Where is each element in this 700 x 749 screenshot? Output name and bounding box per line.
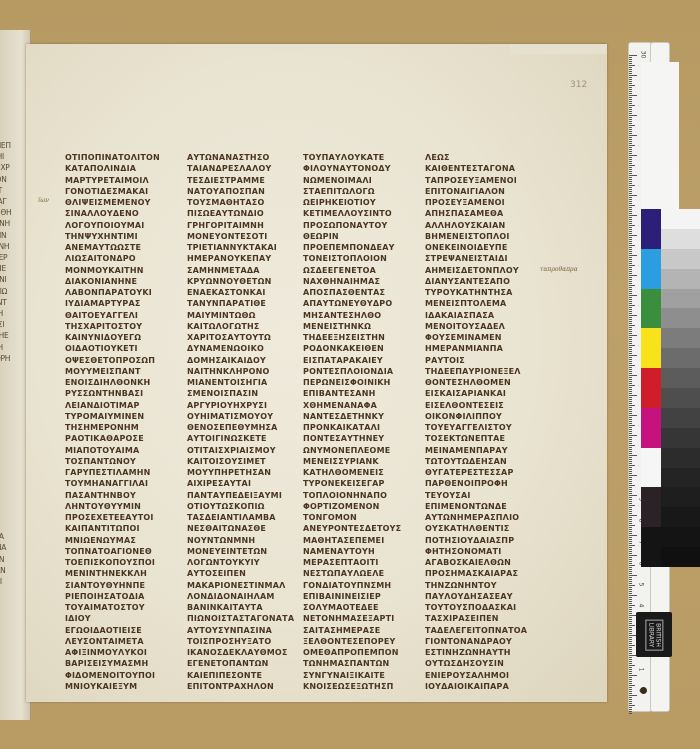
ruler-tick — [629, 433, 632, 434]
text-line: ΝΕΣΤΩΠΑΥΛΩΕΛΕ — [303, 568, 401, 579]
ruler-tick — [629, 219, 632, 220]
text-line: ΜΝΙΟΥΚΑΙΕΞΥΜ — [65, 681, 160, 692]
text-line: ΕΝΙΕΡΟΥΣΑΛΗΜΟΙ — [425, 670, 527, 681]
ruler-tick — [629, 529, 632, 530]
ruler-tick — [629, 355, 637, 356]
text-line: ΙΤΗΑΓ — [0, 196, 16, 207]
text-line: ΝΑΤΟΥΑΠΟΣΠΑΝ — [187, 186, 294, 197]
ruler-tick — [629, 509, 632, 510]
text-line: ΗΜΕΡΑΝΜΙΑΝΠΑ — [425, 343, 527, 354]
ruler-tick — [629, 393, 632, 394]
text-line: ΡΟΔΟΝΚΑΚΕΙΘΕΝ — [303, 343, 401, 354]
text-line: ΝΑΝΤΕΣΔΕΤΗΝΚΥ — [303, 411, 401, 422]
label-line-1: BRITISH — [654, 623, 661, 647]
ruler-tick — [629, 211, 632, 212]
ruler-tick — [629, 71, 632, 72]
text-line: ΑΠΑΥΤΩΝΕΥΘΥΔΡΟ — [303, 298, 401, 309]
ruler-tick — [629, 369, 632, 370]
ruler-tick — [629, 229, 632, 230]
ruler-tick — [629, 215, 637, 216]
gray-step — [661, 269, 700, 289]
text-line: ΣΥΩΝ — [0, 565, 16, 576]
ruler-tick — [629, 377, 632, 378]
ruler-tick — [629, 621, 632, 622]
ruler-tick — [629, 395, 637, 396]
ruler-tick — [629, 265, 635, 266]
ruler-tick — [629, 523, 632, 524]
ruler-tick — [629, 363, 632, 364]
ruler-tick — [629, 141, 632, 142]
ruler-tick — [629, 407, 632, 408]
text-line: ΡΑΟΤΙΚΑΘΑΡΟΣΕ — [65, 433, 160, 444]
ruler-tick — [629, 367, 632, 368]
ruler-tick — [629, 597, 632, 598]
ruler-tick — [629, 81, 632, 82]
ruler-tick — [629, 249, 632, 250]
text-line: ΟΨΕΣΘΕΤΟΠΡΟΣΩΠ — [65, 355, 160, 366]
ruler-tick — [629, 485, 635, 486]
text-line: ΒΑΝΙΝΚΑΙΤΑΥΤΑ — [187, 602, 294, 613]
text-line: ΤΑΙΑΝΔΡΕΣΛΑΛΟΥ — [187, 163, 294, 174]
text-line: ΕΙΣΚΑΙΣΑΡΙΑΝΚΑΙ — [425, 388, 527, 399]
ruler-tick — [629, 57, 632, 58]
ruler-tick — [629, 285, 635, 286]
ruler-tick — [629, 633, 632, 634]
text-line: ΠΟΝΤΕΣΑΥΤΗΝΕΥ — [303, 433, 401, 444]
ruler-tick — [629, 703, 632, 704]
ruler-tick — [629, 261, 632, 262]
text-line: ΟΥΣΚΑΤΗΛΘΕΝΤΙΣ — [425, 523, 527, 534]
ruler-tick — [629, 643, 632, 644]
text-line: ΤΟΥΜΗΑΝΑΓΓΙΛΑΙ — [65, 478, 160, 489]
ruler-tick — [629, 477, 632, 478]
ruler-tick — [629, 423, 632, 424]
ruler-tick — [629, 69, 632, 70]
ruler-tick — [629, 135, 637, 136]
ruler-tick — [629, 437, 632, 438]
text-line: ΟΜΕΘΑΠΡΟΠΕΜΠΟΝ — [303, 647, 401, 658]
ruler-tick — [629, 91, 632, 92]
text-line: ΣΤΕΝΗ — [0, 218, 16, 229]
text-line: ΚΑΙΝΥΝΙΔΟΥΕΓΩ — [65, 332, 160, 343]
ruler-tick — [629, 405, 635, 406]
text-line: ΥΛΗΧΡ — [0, 162, 16, 173]
gray-step — [661, 308, 700, 328]
ruler-tick — [629, 547, 632, 548]
ruler-tick — [629, 591, 632, 592]
ruler-number: 4 — [637, 604, 644, 608]
ruler-tick — [629, 269, 632, 270]
ruler-tick — [629, 167, 632, 168]
text-line: ΤΟΥΑΙΜΑΤΟΣΤΟΥ — [65, 602, 160, 613]
text-line: ΕΓΕΝΕΤΟΠΑΝΤΩΝ — [187, 658, 294, 669]
text-line: ΝΑΧΘΗΝΑΙΗΜΑΣ — [303, 276, 401, 287]
text-line: ΠΡΟΕΠΕΜΠΟΝΔΕΑΥ — [303, 242, 401, 253]
gray-step — [661, 487, 700, 507]
gray-step — [661, 388, 700, 408]
ruler-tick — [629, 175, 637, 176]
ruler-tick — [629, 679, 632, 680]
text-line: ΩΙΠΗΕ — [0, 330, 16, 341]
ruler-tick — [629, 233, 632, 234]
text-line: ΜΑΚΑΡΙΟΝΕΣΤΙΝΜΑΛ — [187, 580, 294, 591]
ruler-tick — [629, 201, 632, 202]
text-line: ΚΑΙΤΩΛΟΓΩΤΗΣ — [187, 321, 294, 332]
ruler-tick — [629, 571, 632, 572]
ruler-tick — [629, 637, 632, 638]
text-line: ΤΥΡΟΝΕΚΕΙΣΕΓΑΡ — [303, 478, 401, 489]
ruler-tick — [629, 217, 632, 218]
ruler-tick — [629, 685, 635, 686]
text-line: ΩΣΔΕΕΓΕΝΕΤΟΑ — [303, 265, 401, 276]
ruler-tick — [629, 293, 632, 294]
text-line: ΤΑΣΔΕΙΑΝΤΙΛΑΜΒΑ — [187, 512, 294, 523]
ruler-tick — [629, 669, 632, 670]
ruler-tick — [629, 325, 635, 326]
ruler-tick — [629, 295, 637, 296]
ruler-tick — [629, 411, 632, 412]
text-line: ΜΟΥΥΠΗΡΕΤΗΣΑΝ — [187, 467, 294, 478]
text-line: ΟΙΚΟΝΦΙΛΙΠΠΟΥ — [425, 411, 527, 422]
text-line: ΤΟΝΓΟΜΟΝ — [303, 512, 401, 523]
ruler-tick — [629, 159, 632, 160]
ruler-tick — [629, 617, 632, 618]
ruler-tick — [629, 361, 632, 362]
ruler-tick — [629, 117, 632, 118]
text-line: ΑΛΛΗΛΟΥΣΚΑΙΑΝ — [425, 220, 527, 231]
ruler-tick — [629, 623, 632, 624]
text-line: ΝΟΥΝΤΩΝΜΝΗ — [187, 535, 294, 546]
text-line: ΤΗΣΗΜΕΡΟΝΗΜ — [65, 422, 160, 433]
label-line-2: LIBRARY — [647, 622, 654, 647]
ruler-tick — [629, 429, 632, 430]
ruler-tick — [629, 419, 632, 420]
text-line: ΤΑΣΧΙΡΑΣΕΙΠΕΝ — [425, 613, 527, 624]
text-line: ΤΗΔΕΕΠΑΥΡΙΟΝΕΞΕΛ — [425, 366, 527, 377]
ruler-tick — [629, 631, 632, 632]
ruler-tick — [629, 127, 632, 128]
ruler-tick — [629, 313, 632, 314]
text-line: ΓΟΝΟΤΙΔΕΣΜΑΚΑΙ — [65, 186, 160, 197]
ruler-tick — [629, 353, 632, 354]
ruler-tick — [629, 587, 632, 588]
ruler-tick — [629, 449, 632, 450]
ruler-tick — [629, 613, 632, 614]
ruler-tick — [629, 589, 632, 590]
gray-step — [661, 428, 700, 448]
text-line: ΛΟΓΩΝΤΟΥΚΥΙΥ — [187, 557, 294, 568]
color-swatch — [641, 448, 661, 488]
ruler-tick — [629, 263, 632, 264]
text-column-4: ΛΕΩΣΚΑΙΘΕΝΤΕΣΤΑΓΟΝΑΤΑΠΡΟΣΕΥΞΑΜΕΝΟΙΕΠΙΤΟΝ… — [425, 152, 527, 692]
gray-step — [661, 289, 700, 309]
text-line: ΦΗΤΗΣΟΝΟΜΑΤΙ — [425, 546, 527, 557]
ruler-tick — [629, 475, 637, 476]
ruler-tick — [629, 659, 632, 660]
text-line: ΤΗΔΕΕΞΗΣΕΙΣΤΗΝ — [303, 332, 401, 343]
page-edge — [510, 44, 607, 54]
ruler-tick — [629, 101, 632, 102]
ruler-tick — [629, 443, 632, 444]
ruler-tick — [629, 465, 635, 466]
ruler-tick — [629, 197, 632, 198]
ruler-tick — [629, 139, 632, 140]
ruler-tick — [629, 545, 635, 546]
text-line: ΩΝΥΜΟΝΕΠΛΕΟΜΕ — [303, 445, 401, 456]
text-line: ΠΡΟΣΩΠΟΝΑΥΤΟΥ — [303, 220, 401, 231]
text-column-1: ΟΤΙΠΟΠΙΝΑΤΟΛΙΤΟΝΚΑΤΑΠΟΛΙΝΔΙΑΜΑΡΤΥΡΕΤΑΙΜΟ… — [65, 152, 160, 692]
ruler-tick — [629, 277, 632, 278]
gray-step — [661, 328, 700, 348]
text-line: ΤΑΝΘΗ — [0, 207, 16, 218]
ruler-tick — [629, 111, 632, 112]
text-line: ΕΠΙΤΟΝΑΙΓΙΑΛΟΝ — [425, 186, 527, 197]
gray-step — [661, 209, 700, 229]
color-swatch — [641, 289, 661, 329]
ruler-tick — [629, 427, 632, 428]
ruler-tick — [629, 457, 632, 458]
ruler-tick — [629, 131, 632, 132]
ruler-tick — [629, 331, 632, 332]
ruler-tick — [629, 689, 632, 690]
ruler-tick — [629, 487, 632, 488]
text-line: ΠΙΣΩΕΑΥΤΩΝΔΙΟ — [187, 208, 294, 219]
ruler-tick — [629, 333, 632, 334]
text-line: ΜΟΝΜΟΥΚΑΙΤΗΝ — [65, 265, 160, 276]
text-line: ΕΝΟΙΣΔΙΗΛΘΟΝΚΗ — [65, 377, 160, 388]
text-line: ΗΟΙΝ — [0, 554, 16, 565]
text-line: ΑΥΤΩΝΗΜΕΡΑΣΠΛΙΟ — [425, 512, 527, 523]
ruler-tick — [629, 213, 632, 214]
ruler-tick — [629, 119, 632, 120]
text-line: ΕΝΑΕΚΑΣΤΟΝΚΑΙ — [187, 287, 294, 298]
text-line: ΕΜΙΝΗ — [0, 241, 16, 252]
ruler-tick — [629, 157, 632, 158]
text-line: ΛΕΥΣΟΝΤΑΙΜΕΤΑ — [65, 636, 160, 647]
text-line: ΛΟΝΔΙΔΟΝΑΙΗΛΑΜ — [187, 591, 294, 602]
text-line: ΤΟΕΠΙΣΚΟΠΟΥΣΠΟΙ — [65, 557, 160, 568]
ruler-tick — [629, 709, 632, 710]
text-line: ΚΑΙΤΟΙΣΟΥΣΙΜΕΤ — [187, 456, 294, 467]
ruler-tick — [629, 517, 632, 518]
ruler-tick — [629, 473, 632, 474]
text-line: ΚΝΟΙΣΕΩΣΕΞΩΤΗΣΠ — [303, 681, 401, 692]
text-line: ΤΟΠΛΟΙΟΝΗΝΑΠΟ — [303, 490, 401, 501]
text-line: ΤΟΠΝΑΤΟΑΓΙΟΝΕΘ — [65, 546, 160, 557]
text-line: ΚΑΙΘΕΝΤΕΣΤΑΓΟΝΑ — [425, 163, 527, 174]
ruler-tick — [629, 137, 632, 138]
text-line: ΝΕΤΟΝΗΜΑΣΕΞΑΡΤΙ — [303, 613, 401, 624]
gray-step — [661, 468, 700, 488]
ruler-tick — [629, 55, 637, 56]
ruler-tick — [629, 97, 632, 98]
text-line: ΚΑΙΠΑΝΤΙΤΩΠΟΙ — [65, 523, 160, 534]
ruler-tick — [629, 577, 632, 578]
ruler-tick — [629, 451, 632, 452]
text-line: ΜΕΙΝΑΜΕΝΠΑΡΑΥ — [425, 445, 527, 456]
text-line: ΦΙΔΟΜΕΝΟΙΤΟΥΠΟΙ — [65, 670, 160, 681]
text-line: ΠΑΥΛΟΥΔΗΣΑΣΕΑΥ — [425, 591, 527, 602]
ruler-tick — [629, 237, 632, 238]
ruler-tick — [629, 247, 632, 248]
text-line: ΚΡΥΩΝΝΟΥΘΕΤΩΝ — [187, 276, 294, 287]
ruler-tick — [629, 255, 637, 256]
gray-step — [661, 547, 700, 567]
ruler-tick — [629, 651, 632, 652]
ruler-tick — [629, 385, 635, 386]
text-line: ΘΟΝΤΕΣΗΛΘΟΜΕΝ — [425, 377, 527, 388]
text-line: ΟΙΔΑΟΤΙΟΥΚΕΤΙ — [65, 343, 160, 354]
ruler-tick — [629, 583, 632, 584]
ruler-tick — [629, 115, 637, 116]
ruler-tick — [629, 649, 632, 650]
text-line: ΜΟΝΕΥΟΝΤΕΣΟΤΙ — [187, 231, 294, 242]
text-line: ΕΝΙΤ — [0, 185, 16, 196]
ruler-tick — [629, 67, 632, 68]
ruler-tick — [629, 525, 635, 526]
ruler-tick — [629, 611, 632, 612]
ruler-tick — [629, 381, 632, 382]
ruler-tick — [629, 283, 632, 284]
ruler-tick — [629, 501, 632, 502]
ruler-tick — [629, 683, 632, 684]
ruler-tick — [629, 149, 632, 150]
ruler-tick — [629, 103, 632, 104]
ruler-tick — [629, 557, 632, 558]
text-line: ΤΡΙΕΤΙΑΝΝΥΚΤΑΚΑΙ — [187, 242, 294, 253]
text-line: ΜΕΡΑΣΕΠΤΑΟΙΤΙ — [303, 557, 401, 568]
text-line: ΠΑΣΑΝΤΗΝΒΟΥ — [65, 490, 160, 501]
ruler-tick — [629, 323, 632, 324]
text-line: ΛΕΩΣ — [425, 152, 527, 163]
ruler-tick — [629, 63, 632, 64]
ruler-tick — [629, 373, 632, 374]
ruler-tick — [629, 133, 632, 134]
text-line: ΜΙΑΝΕΝΤΟΙΣΗΓΙΑ — [187, 377, 294, 388]
ruler-tick — [629, 425, 635, 426]
ruler-tick — [629, 693, 632, 694]
text-line: ΣΑΙΤΑΣΗΜΕΡΑΣΕ — [303, 625, 401, 636]
ruler-tick — [629, 665, 635, 666]
text-line: ΛΗΝΤΟΥΘΥΥΜΙΝ — [65, 501, 160, 512]
ruler-tick — [629, 399, 632, 400]
text-line: ΤΥΡΟΜΑΙΥΜΙΝΕΝ — [65, 411, 160, 422]
ruler-tick — [629, 701, 632, 702]
ruler-tick — [629, 439, 632, 440]
text-line: ΜΕΝΕΙΣΤΗΝΚΩ — [303, 321, 401, 332]
ruler-number: 30 — [639, 51, 646, 59]
text-line: ΣΑΜΗΝΜΕΤΑΔΑ — [187, 265, 294, 276]
ruler-tick — [629, 155, 637, 156]
gray-step — [661, 408, 700, 428]
text-line: ΙΟΥΔΑΙΟΙΚΑΙΠΑΡΑ — [425, 681, 527, 692]
ruler-tick — [629, 403, 632, 404]
text-line: ΤΩΝΗΜΑΣΠΑΝΤΩΝ — [303, 658, 401, 669]
color-swatch — [641, 249, 661, 289]
gray-step — [661, 448, 700, 468]
ruler-tick — [629, 239, 632, 240]
text-line: ΣΙΝΑΛΛΟΥΔΕΝΟ — [65, 208, 160, 219]
text-line: ΦΟΡΤΙΖΟΜΕΝΟΝ — [303, 501, 401, 512]
ruler-tick — [629, 397, 632, 398]
text-line: ΥΛΕ — [0, 520, 16, 531]
text-line: ΝΕΣΘΑΙΤΩΝΑΣΘΕ — [187, 523, 294, 534]
ruler-tick — [629, 203, 632, 204]
ruler-number: 1 — [637, 667, 644, 671]
text-line: ΔΥΝΑΜΕΝΩΟΙΚΟ — [187, 343, 294, 354]
ruler-tick — [629, 551, 632, 552]
text-line: ΑΝΕΜΑΥΤΩΩΣΤΕ — [65, 242, 160, 253]
ruler-tick — [629, 505, 635, 506]
ruler-tick — [629, 383, 632, 384]
text-line: ΙΚΑΝΟΣΔΕΚΛΑΥΘΜΟΣ — [187, 647, 294, 658]
ruler-tick — [629, 647, 632, 648]
text-line: ΕΣΟΡΗ — [0, 353, 16, 364]
ruler-tick — [629, 207, 632, 208]
text-line: ΝΕΙΗ — [0, 308, 16, 319]
ruler-tick — [629, 691, 632, 692]
text-line: ΣΤΑΕΠΙΤΩΛΟΓΩ — [303, 186, 401, 197]
ruler-tick — [629, 513, 632, 514]
text-line: ΤΑΠΡΟΣΕΥΞΑΜΕΝΟΙ — [425, 175, 527, 186]
ruler-tick — [629, 345, 635, 346]
ruler-tick — [629, 351, 632, 352]
text-line: ΤΗΝΖΩΝΗΝΤΟΥ — [425, 580, 527, 591]
ruler-tick — [629, 469, 632, 470]
text-line: ΕΠΙΜΕΝΟΝΤΩΝΔΕ — [425, 501, 527, 512]
ruler-tick — [629, 671, 632, 672]
ruler-tick — [629, 421, 632, 422]
ruler-tick — [629, 499, 632, 500]
ruler-tick — [629, 707, 632, 708]
text-line: ΙΔΑΚΑΙΑΣΠΑΣΑ — [425, 310, 527, 321]
text-line: ΠΟΤΗΣΙΟΥΔΑΙΑΣΠΡ — [425, 535, 527, 546]
ruler-tick — [629, 221, 632, 222]
ruler-tick — [629, 85, 635, 86]
ruler-tick — [629, 455, 637, 456]
ruler-tick — [629, 317, 632, 318]
gray-step — [661, 229, 700, 249]
ruler-tick — [629, 83, 632, 84]
text-line: ΜΗΣΑΝΤΕΣΗΛΘΟ — [303, 310, 401, 321]
ruler-tick — [629, 189, 632, 190]
ruler-tick — [629, 199, 632, 200]
text-line: ΜΕΝΕΙΣΣΥΡΙΑΝΚ — [303, 456, 401, 467]
ruler-tick — [629, 309, 632, 310]
ruler-tick — [629, 555, 637, 556]
text-line: ΓΤΟΙΩ — [0, 286, 16, 297]
color-calibration-chart — [641, 209, 700, 567]
ruler-tick — [629, 79, 632, 80]
ruler-tick — [629, 541, 632, 542]
text-line: ΤΕΣΔΙΕΣΤΡΑΜΜΕ — [187, 175, 294, 186]
text-line: ΣΚΑΙ — [0, 576, 16, 587]
text-line: ΜΑΡΤΥΡΕΤΑΙΜΟΙΛ — [65, 175, 160, 186]
text-line: ΡΑΥΤΟΙΣ — [425, 355, 527, 366]
text-line: ΒΗΜΕΝΕΙΣΤΟΠΛΟΙ — [425, 231, 527, 242]
gray-step — [661, 527, 700, 547]
ruler-tick — [629, 153, 632, 154]
text-line: ΚΑΙΕΠΙΠΕΣΟΝΤΕ — [187, 670, 294, 681]
text-line: ΤΟΝΕΙΣΤΟΠΛΟΙΟΝ — [303, 253, 401, 264]
ruler-tick — [629, 193, 632, 194]
text-line: ΔΟΜΗΣΑΙΚΑΙΔΟΥ — [187, 355, 294, 366]
text-line: ΜΟΝΕΥΕΙΝΤΕΤΩΝ — [187, 546, 294, 557]
ruler-tick — [629, 305, 635, 306]
ruler-tick — [629, 259, 632, 260]
text-line: ΘΑΙΤΟΕΥΑΓΓΕΛΙ — [65, 310, 160, 321]
ruler-tick — [629, 245, 635, 246]
